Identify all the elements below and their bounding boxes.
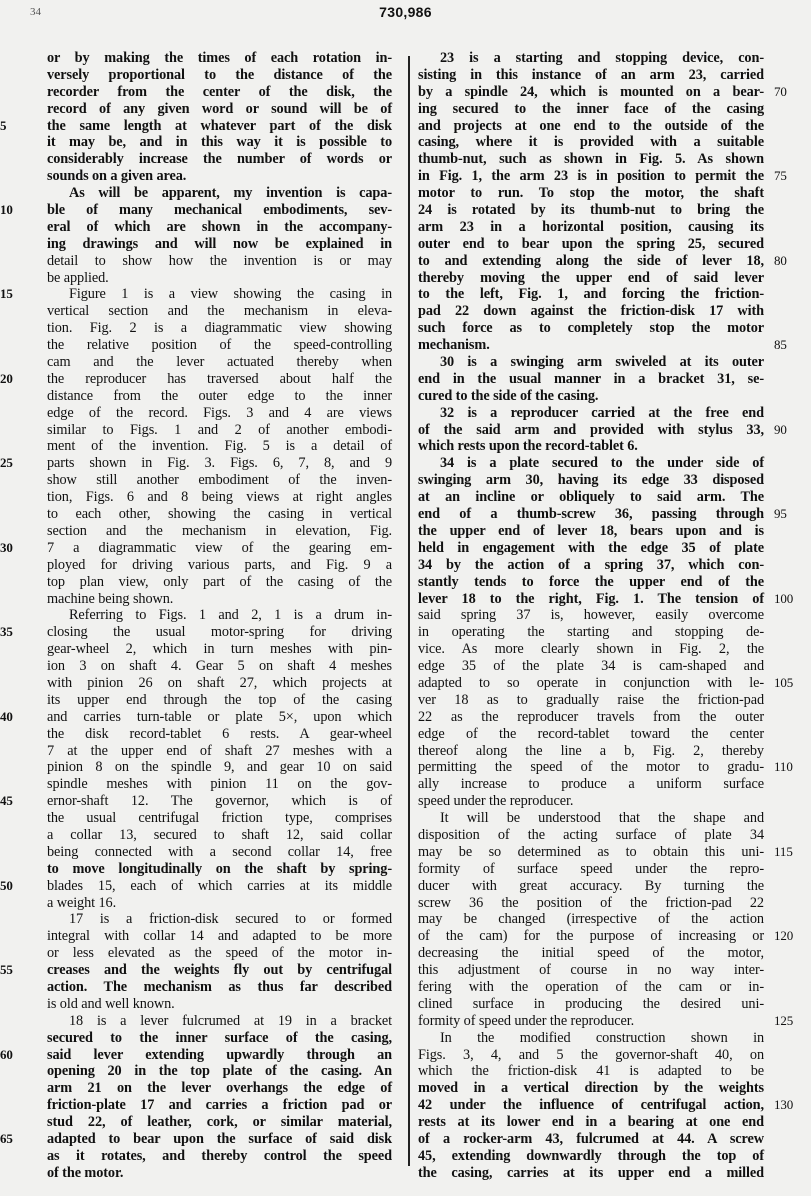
line-text: the usual centrifugal friction type, com… [47,810,392,826]
text-line: it may be, and in this way it is possibl… [47,134,392,151]
line-number: 20 [0,371,30,388]
line-number: 110 [774,759,804,776]
text-line: formity of surface speed under the repro… [418,861,764,878]
line-text: formity of speed under the reproducer. [418,1013,634,1029]
text-line: of a rocker-arm 43, fulcrumed at 44. A s… [418,1131,764,1148]
line-text: It will be understood that the shape and [440,810,764,826]
text-line: recorder from the center of the disk, th… [47,84,392,101]
line-text: is old and well known. [47,996,175,1012]
text-line: 7 a diagrammatic view of the gearing em-… [47,540,392,557]
text-line: 42 under the influence of centrifugal ac… [418,1097,764,1114]
line-text: thereby moving the upper end of said lev… [418,270,764,286]
text-line: 32 is a reproducer carried at the free e… [418,405,764,422]
line-number: 120 [774,928,804,945]
text-line: as it rotates, and thereby control the s… [47,1148,392,1165]
line-text: or by making the times of each rotation … [47,50,392,66]
line-text: distance from the outer edge to the inne… [47,388,392,404]
line-number: 115 [774,844,804,861]
text-line: spindle meshes with pinion 11 on the gov… [47,776,392,793]
line-text: this adjustment of course in no way inte… [418,962,764,978]
line-text: arm 21 on the lever overhangs the edge o… [47,1080,392,1096]
text-line: of the cam) for the purpose of increasin… [418,928,764,945]
line-text: fering with the operation of the cam or … [418,979,764,995]
text-line: thumb-nut, such as shown in Fig. 5. As s… [418,151,764,168]
text-line: such force as to completely stop the mot… [418,320,764,337]
line-text: ernor-shaft 12. The governor, which is o… [47,793,392,809]
line-number: 55 [0,962,30,979]
line-text: rests at its lower end in a bearing at o… [418,1114,764,1130]
text-line: sisting in this instance of an arm 23, c… [418,67,764,84]
line-number: 70 [774,84,804,101]
line-text: formity of surface speed under the repro… [418,861,764,877]
line-text: Figs. 3, 4, and 5 the governor-shaft 40,… [418,1047,764,1063]
line-text: action. The mechanism as thus far descri… [47,979,392,995]
line-text: which rests upon the record-tablet 6. [418,438,638,454]
line-text: eral of which are shown in the accompany… [47,219,392,235]
text-line: by a spindle 24, which is mounted on a b… [418,84,764,101]
line-number: 65 [0,1131,30,1148]
text-line: is old and well known. [47,996,392,1013]
line-text: sisting in this instance of an arm 23, c… [418,67,764,83]
line-text: the upper end of lever 18, bears upon an… [418,523,764,539]
line-text: integral with collar 14 and adapted to b… [47,928,392,944]
text-line: 30 is a swinging arm swiveled at its out… [418,354,764,371]
line-number: 35 [0,624,30,641]
text-line: cured to the side of the casing. [418,388,764,405]
text-line: considerably increase the number of word… [47,151,392,168]
text-line: tion, Figs. 6 and 8 being views at right… [47,489,392,506]
text-line: may be changed (irrespective of the acti… [418,911,764,928]
text-line: record of any given word or sound will b… [47,101,392,118]
line-text: arm 23 in a horizontal position, causing… [418,219,764,235]
line-text: top plan view, only part of the casing o… [47,574,392,590]
text-line: 17 is a friction-disk secured to or form… [47,911,392,928]
text-line: 7 at the upper end of shaft 27 meshes wi… [47,743,392,760]
text-line: edge 35 of the plate 34 is cam-shaped an… [418,658,764,675]
text-line: permitting the speed of the motor to gra… [418,759,764,776]
text-line: clined surface in producing the desired … [418,996,764,1013]
text-line: detail to show how the invention is or m… [47,253,392,270]
line-text: ally increase to produce a uniform surfa… [418,776,764,792]
line-number: 15 [0,286,30,303]
line-text: adapted to so operate in conjunction wit… [418,675,764,691]
line-text: considerably increase the number of word… [47,151,392,167]
line-text: disposition of the acting surface of pla… [418,827,764,843]
text-line: cam and the lever actuated thereby when [47,354,392,371]
text-line: 34 is a plate secured to the under side … [418,455,764,472]
line-text: show still another embodiment of the inv… [47,472,392,488]
text-line: closing the usual motor-spring for drivi… [47,624,392,641]
line-text: section and the mechanism in elevation, … [47,523,392,539]
text-line: ment of the invention. Fig. 5 is a detai… [47,438,392,455]
line-number: 25 [0,455,30,472]
line-text: adapted to bear upon the surface of said… [47,1131,392,1147]
text-line: or less elevated as the speed of the mot… [47,945,392,962]
text-line: a collar 13, secured to shaft 12, said c… [47,827,392,844]
text-line: pinion 8 on the spindle 9, and gear 10 o… [47,759,392,776]
line-number: 125 [774,1013,804,1030]
line-text: ducer with great accuracy. By turning th… [418,878,764,894]
line-text: Figure 1 is a view showing the casing in [69,286,392,302]
line-text: 7 a diagrammatic view of the gearing em- [47,540,392,556]
line-number: 30 [0,540,30,557]
line-text: outer end to bear upon the spring 25, se… [418,236,764,252]
line-text: vice. As more clearly shown in Fig. 2, t… [418,641,764,657]
text-line: end in the usual manner in a bracket 31,… [418,371,764,388]
line-text: it may be, and in this way it is possibl… [47,134,392,150]
text-line: thereby moving the upper end of said lev… [418,270,764,287]
line-text: of the motor. [47,1165,123,1181]
line-text: spindle meshes with pinion 11 on the gov… [47,776,392,792]
line-number: 105 [774,675,804,692]
line-text: of the cam) for the purpose of increasin… [418,928,764,944]
line-text: to and extending along the side of lever… [418,253,764,269]
text-line: disposition of the acting surface of pla… [418,827,764,844]
line-text: stantly tends to force the upper end of … [418,574,764,590]
line-text: edge of the record. Figs. 3 and 4 are vi… [47,405,392,421]
line-text: ion 3 on shaft 4. Gear 5 on shaft 4 mesh… [47,658,392,674]
text-line: outer end to bear upon the spring 25, se… [418,236,764,253]
column-divider [408,56,410,1166]
text-line: held in engagement with the edge 35 of p… [418,540,764,557]
text-line: 18 is a lever fulcrumed at 19 in a brack… [47,1013,392,1030]
line-text: cam and the lever actuated thereby when [47,354,392,370]
text-line: to the left, Fig. 1, and forcing the fri… [418,286,764,303]
text-line: end of a thumb-screw 36, passing through… [418,506,764,523]
text-line: rests at its lower end in a bearing at o… [418,1114,764,1131]
text-line: formity of speed under the reproducer.12… [418,1013,764,1030]
line-text: ployed for driving various parts, and Fi… [47,557,392,573]
text-line: vice. As more clearly shown in Fig. 2, t… [418,641,764,658]
text-line: said spring 37 is, however, easily overc… [418,607,764,624]
line-text: thereof along the line a b, Fig. 2, ther… [418,743,764,759]
patent-page: 34 730,986 or by making the times of eac… [0,0,811,1196]
line-text: ment of the invention. Fig. 5 is a detai… [47,438,392,454]
text-line: the relative position of the speed-contr… [47,337,392,354]
text-line: to and extending along the side of lever… [418,253,764,270]
line-text: the same length at whatever part of the … [47,118,392,134]
text-line: arm 23 in a horizontal position, causing… [418,219,764,236]
text-line: Figs. 3, 4, and 5 the governor-shaft 40,… [418,1047,764,1064]
line-text: end in the usual manner in a bracket 31,… [418,371,764,387]
line-text: in operating the starting and stopping d… [418,624,764,640]
line-text: 22 as the reproducer travels from the ou… [418,709,764,725]
line-number: 45 [0,793,30,810]
text-line: adapted to bear upon the surface of said… [47,1131,392,1148]
line-text: which the friction-disk 41 is adapted to… [418,1063,764,1079]
line-text: edge of the record-tablet toward the cen… [418,726,764,742]
line-text: end of a thumb-screw 36, passing through [418,506,764,522]
text-line: the same length at whatever part of the … [47,118,392,135]
text-line: arm 21 on the lever overhangs the edge o… [47,1080,392,1097]
text-line: blades 15, each of which carries at its … [47,878,392,895]
text-line: versely proportional to the distance of … [47,67,392,84]
text-line: creases and the weights fly out by centr… [47,962,392,979]
text-line: ver 18 as to gradually raise the frictio… [418,692,764,709]
line-text: 30 is a swinging arm swiveled at its out… [440,354,764,370]
line-text: recorder from the center of the disk, th… [47,84,392,100]
text-line: the reproducer has traversed about half … [47,371,392,388]
line-text: may be so determined as to obtain this u… [418,844,764,860]
line-text: the disk record-tablet 6 rests. A gear-w… [47,726,392,742]
text-line: parts shown in Fig. 3. Figs. 6, 7, 8, an… [47,455,392,472]
text-line: ernor-shaft 12. The governor, which is o… [47,793,392,810]
line-number: 50 [0,878,30,895]
text-line: may be so determined as to obtain this u… [418,844,764,861]
text-line: or by making the times of each rotation … [47,50,392,67]
line-text: 17 is a friction-disk secured to or form… [69,911,392,927]
line-text: pad 22 down against the friction-disk 17… [418,303,764,319]
text-line: stud 22, of leather, cork, or similar ma… [47,1114,392,1131]
line-text: parts shown in Fig. 3. Figs. 6, 7, 8, an… [47,455,392,471]
text-line: ing secured to the inner face of the cas… [418,101,764,118]
text-line: at an incline or obliquely to said arm. … [418,489,764,506]
text-line: with pinion 26 on shaft 27, which projec… [47,675,392,692]
line-text: vertical section and the mechanism in el… [47,303,392,319]
line-text: similar to Figs. 1 and 2 of another embo… [47,422,392,438]
text-line: ployed for driving various parts, and Fi… [47,557,392,574]
text-line: section and the mechanism in elevation, … [47,523,392,540]
line-text: said lever extending upwardly through an [47,1047,392,1063]
text-line: thereof along the line a b, Fig. 2, ther… [418,743,764,760]
text-line: decreasing the initial speed of the moto… [418,945,764,962]
text-line: 34 by the action of a spring 37, which c… [418,557,764,574]
line-text: ble of many mechanical embodiments, sev- [47,202,392,218]
line-text: casing, where it is provided with a suit… [418,134,764,150]
text-line: similar to Figs. 1 and 2 of another embo… [47,422,392,439]
line-text: lever 18 to the right, Fig. 1. The tensi… [418,591,764,607]
left-text-column: or by making the times of each rotation … [47,50,392,1182]
text-line: and carries turn-table or plate 5×, upon… [47,709,392,726]
text-line: secured to the inner surface of the casi… [47,1030,392,1047]
line-text: 7 at the upper end of shaft 27 meshes wi… [47,743,392,759]
line-text: said spring 37 is, however, easily overc… [418,607,764,623]
line-text: 34 is a plate secured to the under side … [440,455,764,471]
line-text: pinion 8 on the spindle 9, and gear 10 o… [47,759,392,775]
text-line: in operating the starting and stopping d… [418,624,764,641]
text-line: adapted to so operate in conjunction wit… [418,675,764,692]
line-text: opening 20 in the top plate of the casin… [47,1063,392,1079]
line-text: such force as to completely stop the mot… [418,320,764,336]
text-line: 22 as the reproducer travels from the ou… [418,709,764,726]
text-line: casing, where it is provided with a suit… [418,134,764,151]
line-text: ver 18 as to gradually raise the frictio… [418,692,764,708]
line-text: swinging arm 30, having its edge 33 disp… [418,472,764,488]
text-line: and projects at one end to the outside o… [418,118,764,135]
line-text: creases and the weights fly out by centr… [47,962,392,978]
line-text: 34 by the action of a spring 37, which c… [418,557,764,573]
line-text: detail to show how the invention is or m… [47,253,392,269]
line-text: as it rotates, and thereby control the s… [47,1148,392,1164]
line-number: 80 [774,253,804,270]
text-line: to move longitudinally on the shaft by s… [47,861,392,878]
text-line: eral of which are shown in the accompany… [47,219,392,236]
text-line: to each other, showing the casing in ver… [47,506,392,523]
line-text: motor to run. To stop the motor, the sha… [418,185,764,201]
line-number: 60 [0,1047,30,1064]
line-text: secured to the inner surface of the casi… [47,1030,392,1046]
line-text: blades 15, each of which carries at its … [47,878,392,894]
text-line: lever 18 to the right, Fig. 1. The tensi… [418,591,764,608]
line-text: and carries turn-table or plate 5×, upon… [47,709,392,725]
line-text: may be changed (irrespective of the acti… [418,911,764,927]
line-text: or less elevated as the speed of the mot… [47,945,392,961]
line-text: at an incline or obliquely to said arm. … [418,489,764,505]
text-line: sounds on a given area. [47,168,392,185]
line-text: 23 is a starting and stopping device, co… [440,50,764,66]
line-text: 18 is a lever fulcrumed at 19 in a brack… [69,1013,392,1029]
line-number: 75 [774,168,804,185]
line-text: be applied. [47,270,109,286]
line-text: 32 is a reproducer carried at the free e… [440,405,764,421]
text-line: the usual centrifugal friction type, com… [47,810,392,827]
text-line: As will be apparent, my invention is cap… [47,185,392,202]
line-text: and projects at one end to the outside o… [418,118,764,134]
text-line: in Fig. 1, the arm 23 is in position to … [418,168,764,185]
text-line: edge of the record. Figs. 3 and 4 are vi… [47,405,392,422]
line-text: the relative position of the speed-contr… [47,337,392,353]
text-line: screw 36 the position of the friction-pa… [418,895,764,912]
line-text: machine being shown. [47,591,173,607]
text-line: stantly tends to force the upper end of … [418,574,764,591]
line-text: being connected with a second collar 14,… [47,844,392,860]
text-line: integral with collar 14 and adapted to b… [47,928,392,945]
line-text: the reproducer has traversed about half … [47,371,392,387]
line-text: cured to the side of the casing. [418,388,598,404]
text-line: In the modified construction shown in [418,1030,764,1047]
text-line: the casing, carries at its upper end a m… [418,1165,764,1182]
line-text: permitting the speed of the motor to gra… [418,759,764,775]
line-text: to the left, Fig. 1, and forcing the fri… [418,286,764,302]
line-text: edge 35 of the plate 34 is cam-shaped an… [418,658,764,674]
line-text: moved in a vertical direction by the wei… [418,1080,764,1096]
line-text: held in engagement with the edge 35 of p… [418,540,764,556]
text-line: Referring to Figs. 1 and 2, 1 is a drum … [47,607,392,624]
text-line: gear-wheel 2, which in turn meshes with … [47,641,392,658]
text-line: be applied. [47,270,392,287]
line-number: 5 [0,118,30,135]
line-text: by a spindle 24, which is mounted on a b… [418,84,764,100]
text-line: ing drawings and will now be explained i… [47,236,392,253]
text-line: top plan view, only part of the casing o… [47,574,392,591]
line-text: a collar 13, secured to shaft 12, said c… [47,827,392,843]
line-text: speed under the reproducer. [418,793,573,809]
line-text: ing secured to the inner face of the cas… [418,101,764,117]
text-line: of the motor. [47,1165,392,1182]
line-text: tion. Fig. 2 is a diagrammatic view show… [47,320,392,336]
line-text: with pinion 26 on shaft 27, which projec… [47,675,392,691]
text-line: machine being shown. [47,591,392,608]
text-line: which rests upon the record-tablet 6. [418,438,764,455]
text-line: the disk record-tablet 6 rests. A gear-w… [47,726,392,743]
line-text: mechanism. [418,337,490,353]
text-line: a weight 16. [47,895,392,912]
text-line: friction-plate 17 and carries a friction… [47,1097,392,1114]
right-text-column: 23 is a starting and stopping device, co… [418,50,764,1182]
line-text: gear-wheel 2, which in turn meshes with … [47,641,392,657]
text-line: which the friction-disk 41 is adapted to… [418,1063,764,1080]
text-line: 45, extending downwardly through the top… [418,1148,764,1165]
text-line: the upper end of lever 18, bears upon an… [418,523,764,540]
line-number: 90 [774,422,804,439]
text-line: ble of many mechanical embodiments, sev-… [47,202,392,219]
line-number: 100 [774,591,804,608]
text-line: this adjustment of course in no way inte… [418,962,764,979]
text-line: action. The mechanism as thus far descri… [47,979,392,996]
line-text: 42 under the influence of centrifugal ac… [418,1097,764,1113]
text-line: motor to run. To stop the motor, the sha… [418,185,764,202]
text-line: It will be understood that the shape and [418,810,764,827]
text-line: Figure 1 is a view showing the casing in… [47,286,392,303]
line-text: its upper end through the top of the cas… [47,692,392,708]
text-line: 23 is a starting and stopping device, co… [418,50,764,67]
line-text: friction-plate 17 and carries a friction… [47,1097,392,1113]
line-text: to move longitudinally on the shaft by s… [47,861,392,877]
line-text: decreasing the initial speed of the moto… [418,945,764,961]
line-text: screw 36 the position of the friction-pa… [418,895,764,911]
text-line: edge of the record-tablet toward the cen… [418,726,764,743]
text-line: ducer with great accuracy. By turning th… [418,878,764,895]
text-line: tion. Fig. 2 is a diagrammatic view show… [47,320,392,337]
line-number: 10 [0,202,30,219]
text-line: speed under the reproducer. [418,793,764,810]
text-line: opening 20 in the top plate of the casin… [47,1063,392,1080]
text-line: fering with the operation of the cam or … [418,979,764,996]
line-text: Referring to Figs. 1 and 2, 1 is a drum … [69,607,392,623]
text-line: swinging arm 30, having its edge 33 disp… [418,472,764,489]
line-number: 40 [0,709,30,726]
text-line: being connected with a second collar 14,… [47,844,392,861]
line-text: In the modified construction shown in [440,1030,764,1046]
line-text: 45, extending downwardly through the top… [418,1148,764,1164]
line-text: closing the usual motor-spring for drivi… [47,624,392,640]
line-text: stud 22, of leather, cork, or similar ma… [47,1114,392,1130]
line-number: 85 [774,337,804,354]
line-number: 95 [774,506,804,523]
text-line: 24 is rotated by its thumb-nut to bring … [418,202,764,219]
text-line: of the said arm and provided with stylus… [418,422,764,439]
line-text: thumb-nut, such as shown in Fig. 5. As s… [418,151,764,167]
text-line: ion 3 on shaft 4. Gear 5 on shaft 4 mesh… [47,658,392,675]
text-line: moved in a vertical direction by the wei… [418,1080,764,1097]
line-number: 130 [774,1097,804,1114]
text-line: ally increase to produce a uniform surfa… [418,776,764,793]
text-line: said lever extending upwardly through an… [47,1047,392,1064]
line-text: clined surface in producing the desired … [418,996,764,1012]
line-text: 24 is rotated by its thumb-nut to bring … [418,202,764,218]
text-line: pad 22 down against the friction-disk 17… [418,303,764,320]
line-text: As will be apparent, my invention is cap… [69,185,392,201]
text-line: show still another embodiment of the inv… [47,472,392,489]
line-text: of a rocker-arm 43, fulcrumed at 44. A s… [418,1131,764,1147]
line-text: the casing, carries at its upper end a m… [418,1165,764,1181]
text-line: distance from the outer edge to the inne… [47,388,392,405]
line-text: tion, Figs. 6 and 8 being views at right… [47,489,392,505]
line-text: record of any given word or sound will b… [47,101,392,117]
patent-number: 730,986 [0,4,811,20]
text-line: its upper end through the top of the cas… [47,692,392,709]
line-text: ing drawings and will now be explained i… [47,236,392,252]
line-text: a weight 16. [47,895,116,911]
line-text: to each other, showing the casing in ver… [47,506,392,522]
text-line: mechanism.85 [418,337,764,354]
text-line: vertical section and the mechanism in el… [47,303,392,320]
line-text: versely proportional to the distance of … [47,67,392,83]
line-text: of the said arm and provided with stylus… [418,422,764,438]
line-text: in Fig. 1, the arm 23 is in position to … [418,168,764,184]
line-text: sounds on a given area. [47,168,186,184]
